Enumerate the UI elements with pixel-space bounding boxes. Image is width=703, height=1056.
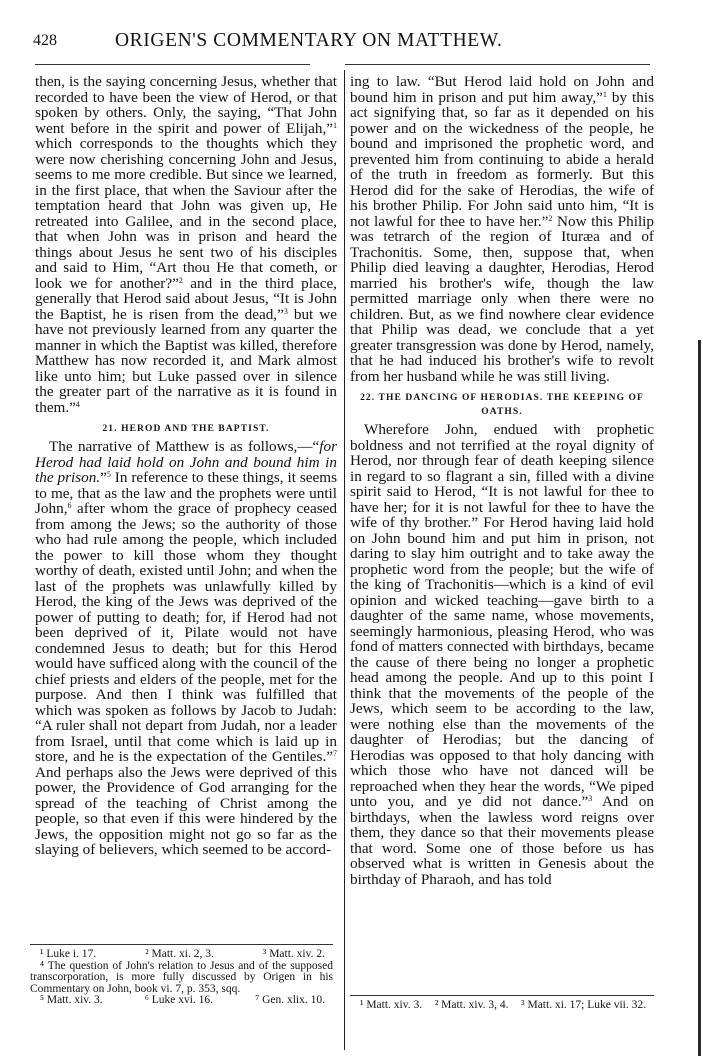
footnote: ⁴ The question of John's relation to Jes…: [30, 961, 333, 996]
footnote: ² Matt. xi. 2, 3.: [145, 949, 214, 961]
footnote-ref: 1: [333, 121, 337, 130]
page-number: 428: [33, 32, 57, 50]
left-footnotes: ¹ Luke i. 17. ² Matt. xi. 2, 3. ³ Matt. …: [30, 944, 333, 1007]
header-rule-right: [345, 64, 650, 65]
right-column: ing to law. “But Herod laid hold on John…: [350, 74, 654, 887]
left-column: then, is the saying concerning Jesus, wh…: [35, 74, 337, 858]
footnote-rule: [350, 995, 654, 996]
page-header: 428 ORIGEN'S COMMENTARY ON MATTHEW.: [33, 30, 673, 52]
paragraph: ing to law. “But Herod laid hold on John…: [350, 74, 654, 384]
paragraph: Wherefore John, endued with prophetic bo…: [350, 422, 654, 887]
header-rule-left: [35, 64, 310, 65]
section-heading-21: 21. HEROD AND THE BAPTIST.: [35, 422, 337, 436]
footnote: ¹ Luke i. 17.: [40, 949, 96, 961]
right-footnotes: ¹ Matt. xiv. 3. ² Matt. xiv. 3, 4. ³ Mat…: [350, 995, 654, 1012]
page-edge-shadow: [698, 340, 701, 1056]
footnote-rule: [30, 944, 333, 945]
paragraph: The narrative of Matthew is as follows,—…: [35, 439, 337, 858]
footnote: ⁷ Gen. xlix. 10.: [255, 995, 325, 1007]
footnote-ref: 4: [76, 400, 80, 409]
footnote: ⁵ Matt. xiv. 3.: [40, 995, 103, 1007]
section-heading-22: 22. THE DANCING OF HERODIAS. THE KEEPING…: [350, 391, 654, 419]
footnote: ¹ Matt. xiv. 3.: [360, 1000, 422, 1012]
footnote: ³ Matt. xi. 17; Luke vii. 32.: [521, 1000, 646, 1012]
footnote-ref: 7: [333, 749, 337, 758]
running-title: ORIGEN'S COMMENTARY ON MATTHEW.: [115, 30, 502, 52]
footnote: ³ Matt. xiv. 2.: [263, 949, 325, 961]
footnote: ⁶ Luke xvi. 16.: [145, 995, 213, 1007]
paragraph: then, is the saying concerning Jesus, wh…: [35, 74, 337, 415]
column-divider: [344, 70, 345, 1050]
footnote: ² Matt. xiv. 3, 4.: [435, 1000, 509, 1012]
